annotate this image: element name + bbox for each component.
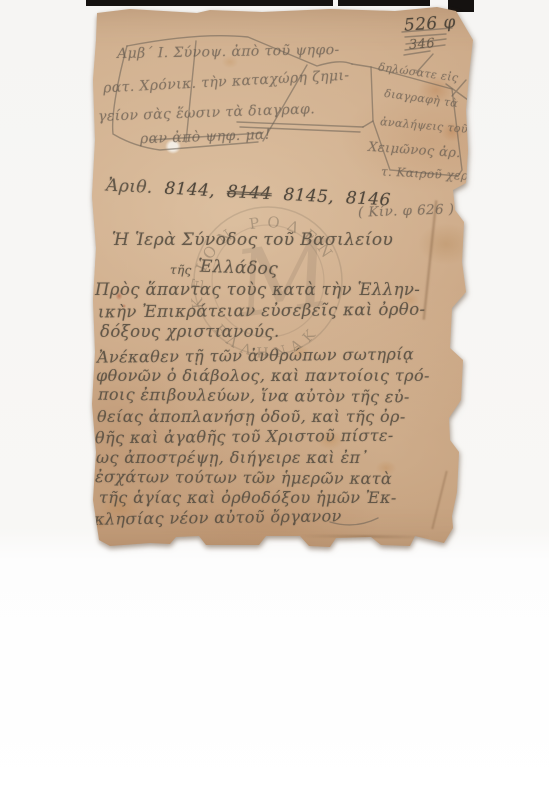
page-ref-number: 526 φ <box>403 12 456 36</box>
protocol-number-struck: 8144 <box>226 182 272 204</box>
protocol-number: 8144, <box>164 179 216 202</box>
heading-line-2: Ἑλλάδος <box>198 257 279 280</box>
body-line: κλησίας νέον αὐτοῦ ὄργανον <box>94 506 342 528</box>
protocol-number: 8145, <box>283 185 335 208</box>
heading-line-1: Ἡ Ἱερὰ Σύνοδος τοῦ Βασιλείου <box>112 230 393 250</box>
body-line: Ἀνέκαθεν τῇ τῶν ἀνθρώπων σωτηρίᾳ <box>97 344 414 366</box>
body-line: θῆς καὶ ἀγαθῆς τοῦ Χριστοῦ πίστε- <box>95 426 394 448</box>
salutation-line: ικὴν Ἐπικράτειαν εὐσεβεῖς καὶ ὀρθο- <box>98 300 426 322</box>
salutation-line: δόξους χριστιανούς. <box>100 322 280 341</box>
heading-line-2-article: τῆς <box>170 263 192 277</box>
body-line: θείας ἀποπλανήσῃ ὁδοῦ, καὶ τῆς ὀρ- <box>97 407 406 426</box>
body-line: ποις ἐπιβουλεύων, ἵνα αὐτὸν τῆς εὐ- <box>98 385 410 407</box>
protocol-prefix: Ἀριθ. <box>106 176 154 198</box>
body-line: ως ἀποστρέψῃ, διήγειρε καὶ ἐπ᾽ <box>96 448 369 467</box>
manuscript-paper: ΚΕΙΟΝ ΡΟΔΕΝ ΕΛΛΗΝΑΚΗ M <box>0 0 549 560</box>
salutation-line: Πρὸς ἅπαντας τοὺς κατὰ τὴν Ἑλλην- <box>95 280 420 299</box>
body-line: ἐσχάτων τούτων τῶν ἡμερῶν κατὰ <box>95 467 392 488</box>
paper-sheet: ΚΕΙΟΝ ΡΟΔΕΝ ΕΛΛΗΝΑΚΗ M <box>0 0 549 560</box>
struck-ref-number: 346 <box>409 36 436 53</box>
body-line: τῆς ἁγίας καὶ ὀρθοδόξου ἡμῶν Ἐκ- <box>99 488 397 507</box>
scanned-document-page: ΚΕΙΟΝ ΡΟΔΕΝ ΕΛΛΗΝΑΚΗ M <box>0 0 549 800</box>
file-ref-note: ( Κίν. φ 626 ) <box>358 201 455 220</box>
body-line: φθονῶν ὁ διάβολος, καὶ παντοίοις τρό- <box>96 366 430 385</box>
